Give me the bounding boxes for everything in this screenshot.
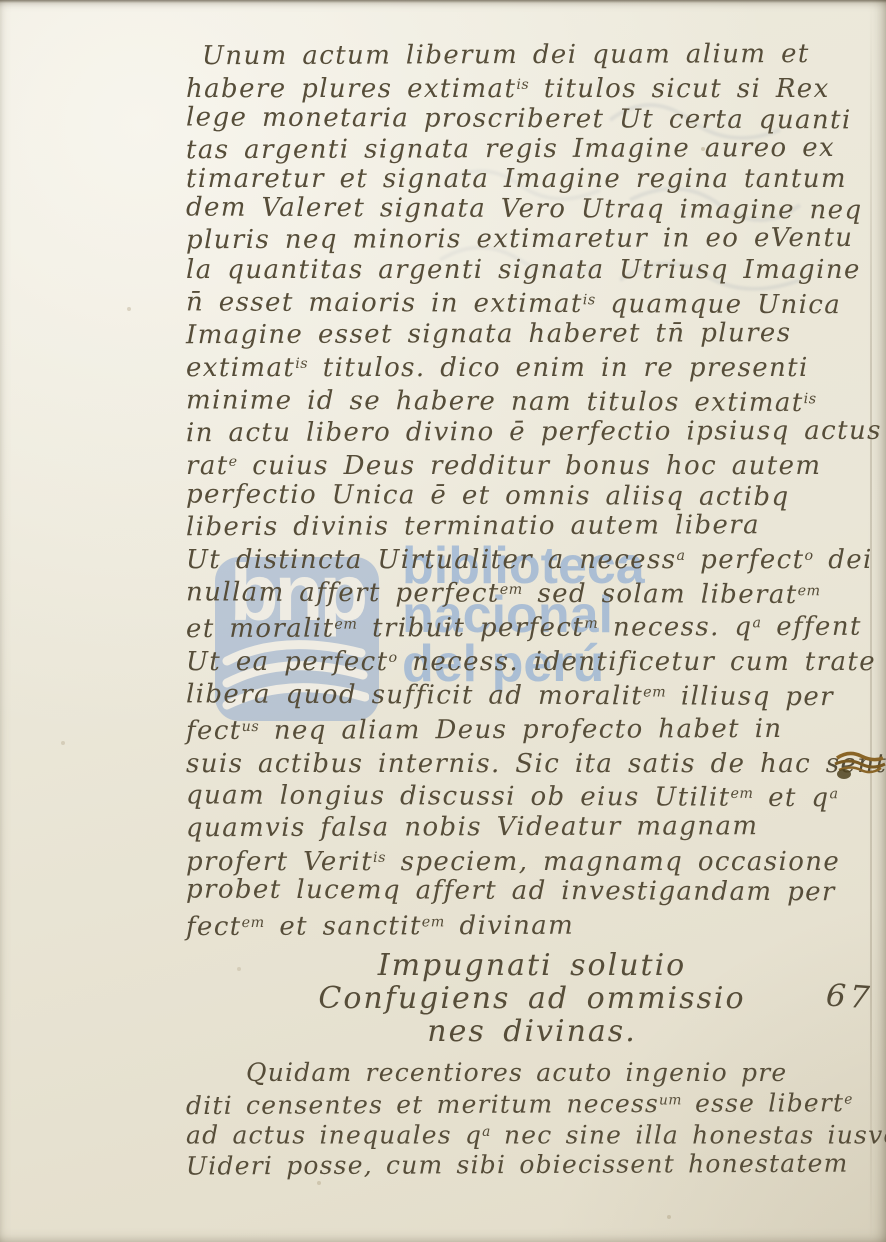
superscript-abbreviation: m [584,615,598,631]
manuscript-line: la quantitas argenti signata Utriusq Ima… [186,255,878,285]
manuscript-line: suis actibus internis. Sic ita satis de … [186,745,878,779]
manuscript-line: habere plures extimatis titulos sicut si… [186,70,878,104]
manuscript-line: pluris neq minoris extimaretur in eo eVe… [186,223,878,256]
manuscript-line: fectem et sanctitem divinam [186,905,878,941]
superscript-abbreviation: a [752,615,761,631]
paragraph-2: Quidam recentiores acuto ingenio prediti… [186,1058,878,1179]
manuscript-line: quam longius discussi ob eius Utilitem e… [186,777,878,814]
superscript-abbreviation: e [229,454,238,470]
superscript-abbreviation: is [804,391,817,407]
ink-blot-scribble [833,744,886,786]
manuscript-line: timaretur et signata Imagine regina tant… [186,164,878,194]
manuscript-line: Unum actum liberum dei quam alium et [202,39,878,71]
manuscript-line: Ut ea perfecto necess. identificetur cum… [186,643,878,677]
manuscript-line: Quidam recentiores acuto ingenio pre [246,1058,878,1087]
superscript-abbreviation: em [798,583,821,599]
manuscript-line: diti censentes et meritum necessum esse … [186,1085,878,1120]
manuscript-line: Imagine esset signata haberet tn̄ plures [186,317,878,350]
superscript-abbreviation: em [500,582,523,598]
manuscript-line: dem Valeret signata Vero Utraq imagine n… [186,193,878,226]
superscript-abbreviation: a [676,548,685,564]
superscript-abbreviation: em [730,786,753,802]
superscript-abbreviation: us [242,719,260,735]
superscript-abbreviation: is [583,292,596,308]
superscript-abbreviation: o [388,650,397,666]
manuscript-line: ad actus inequales qa nec sine illa hone… [186,1118,878,1150]
manuscript-line: profert Veritis speciem, magnamq occasio… [186,843,878,877]
manuscript-line: n̄ esset maioris in extimatis quamque Un… [186,283,878,320]
manuscript-line: extimatis titulos. dico enim in re prese… [186,349,878,383]
manuscript-line: rate cuius Deus redditur bonus hoc autem [186,447,878,481]
manuscript-line: fectus neq aliam Deus profecto habet in [186,709,878,745]
paper-speckles [0,0,2,2]
superscript-abbreviation: a [482,1124,491,1140]
manuscript-line: Ut distincta Uirtualiter a necessa perfe… [186,541,878,575]
superscript-abbreviation: is [295,356,308,372]
superscript-abbreviation: em [643,684,666,700]
superscript-abbreviation: em [242,914,265,930]
manuscript-line: liberis divinis terminatio autem libera [186,509,878,542]
manuscript-line: probet lucemq affert ad investigandam pe… [186,875,878,908]
superscript-abbreviation: um [659,1092,682,1108]
manuscript-line: minime id se habere nam titulos extimati… [186,381,878,418]
manuscript-line: Uideri posse, cum sibi obiecissent hones… [186,1148,878,1180]
manuscript-line: quamvis falsa nobis Videatur magnam [186,811,878,844]
superscript-abbreviation: a [830,787,839,803]
manuscript-line: Confugiens ad ommissio [186,982,878,1015]
manuscript-line: in actu libero divino ē perfectio ipsius… [186,415,878,448]
manuscript-line: nes divinas. [186,1015,878,1048]
superscript-abbreviation: e [844,1091,853,1107]
superscript-abbreviation: em [334,616,357,632]
manuscript-line: nullam affert perfectem sed solam libera… [186,573,878,610]
manuscript-text: Unum actum liberum dei quam alium ethabe… [186,40,878,1179]
superscript-abbreviation: is [373,850,386,866]
superscript-abbreviation: em [422,914,445,930]
margin-number: 67 [825,980,875,1014]
manuscript-line: perfectio Unica ē et omnis aliisq actibq [186,479,878,512]
section-heading: Impugnati solutioConfugiens ad ommission… [186,949,878,1048]
manuscript-line: libera quod sufficit ad moralitem illius… [186,675,878,712]
manuscript-scan-page: bnp biblioteca nacional del perú Unum ac… [0,0,886,1242]
superscript-abbreviation: is [516,77,529,93]
paragraph-1: Unum actum liberum dei quam alium ethabe… [186,40,878,941]
superscript-abbreviation: o [804,548,813,564]
manuscript-line: Impugnati solutio [186,949,878,982]
manuscript-line: lege monetaria proscriberet Ut certa qua… [186,103,878,136]
manuscript-line: tas argenti signata regis Imagine aureo … [186,133,878,166]
manuscript-line: et moralitem tribuit perfectm necess. qa… [186,607,878,643]
